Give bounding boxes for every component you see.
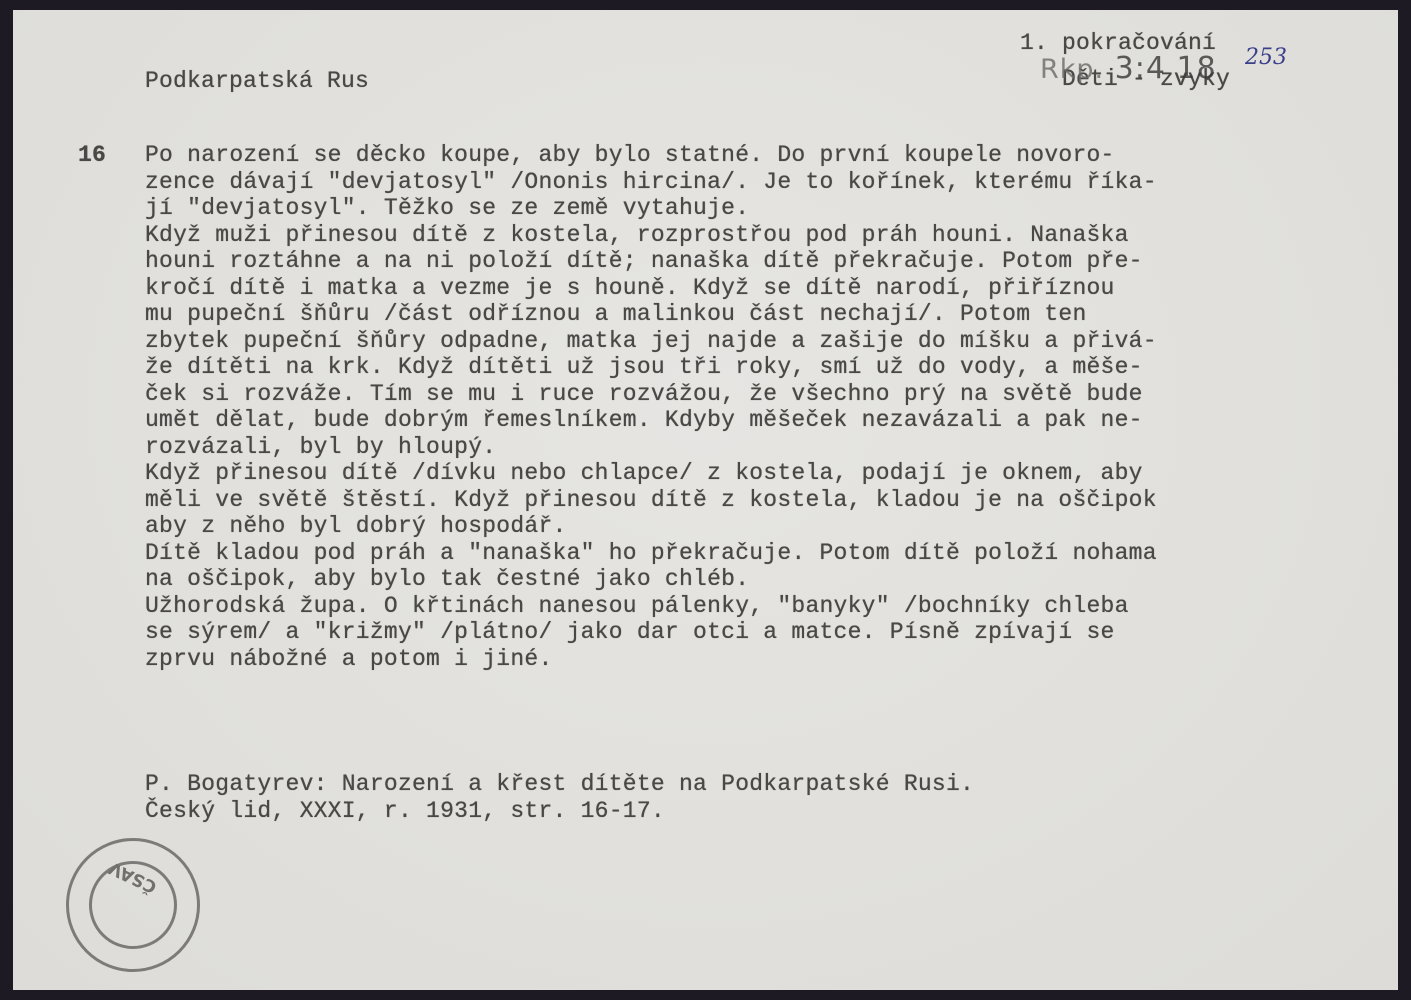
entry-line: umět dělat, bude dobrým řemeslníkem. Kdy… [145,407,1157,434]
citation: P. Bogatyrev: Narození a křest dítěte na… [145,771,974,824]
entry-line: zprvu nábožné a potom i jiné. [145,646,1157,673]
entry-line: Užhorodská župa. O křtinách nanesou pále… [145,593,1157,620]
entry-line: Když přinesou dítě /dívku nebo chlapce/ … [145,460,1157,487]
archive-prefix: Rkp. [1040,54,1104,85]
archive-number: 3:4 18 [1115,51,1217,86]
institution-stamp: ČSAV [66,838,200,972]
entry-line: mu pupeční šňůru /část odříznou a malink… [145,301,1157,328]
entry-line: měli ve světě štěstí. Když přinesou dítě… [145,487,1157,514]
entry-line: aby z něho byl dobrý hospodář. [145,513,1157,540]
entry-line: kročí dítě i matka a vezme je s houně. K… [145,275,1157,302]
entry-line: houni roztáhne a na ni položí dítě; nana… [145,248,1157,275]
entry-line: zence dávají "devjatosyl" /Ononis hircin… [145,169,1157,196]
entry-line: na oščipok, aby bylo tak čestné jako chl… [145,566,1157,593]
handwritten-page-number: 253 [1245,45,1287,70]
entry-line: Dítě kladou pod práh a "nanaška" ho přek… [145,540,1157,567]
entry-body: Po narození se děcko koupe, aby bylo sta… [145,142,1157,672]
citation-line-source: Český lid, XXXI, r. 1931, str. 16-17. [145,798,974,825]
citation-line-author: P. Bogatyrev: Narození a křest dítěte na… [145,771,974,798]
entry-line: zbytek pupeční šňůry odpadne, matka jej … [145,328,1157,355]
entry-number: 16 [78,142,106,168]
entry-line: rozvázali, byl by hloupý. [145,434,1157,461]
entry-line: Když muži přinesou dítě z kostela, rozpr… [145,222,1157,249]
region-heading: Podkarpatská Rus [145,68,369,94]
entry-line: jí "devjatosyl". Těžko se ze země vytahu… [145,195,1157,222]
archive-signature-stamp: Rkp. 3:4 18 [1040,51,1217,86]
scanned-document: Podkarpatská Rus 1. pokračování Děti - z… [0,0,1411,1000]
entry-line: se sýrem/ a "križmy" /plátno/ jako dar o… [145,619,1157,646]
entry-line: ček si rozváže. Tím se mu i ruce rozvážo… [145,381,1157,408]
entry-line: Po narození se děcko koupe, aby bylo sta… [145,142,1157,169]
entry-line: že dítěti na krk. Když dítěti už jsou tř… [145,354,1157,381]
